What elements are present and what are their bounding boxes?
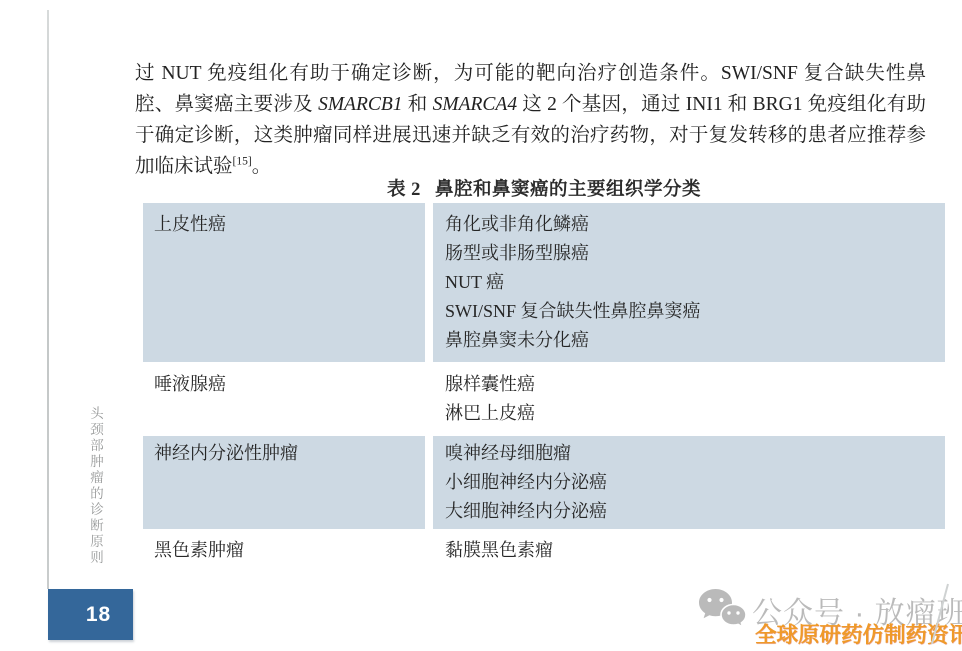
page-number: 18 bbox=[86, 603, 111, 627]
items-cell: 腺样囊性癌 淋巴上皮癌 bbox=[433, 362, 945, 436]
table-row: 神经内分泌性肿瘤 嗅神经母细胞瘤 小细胞神经内分泌癌 大细胞神经内分泌癌 bbox=[143, 436, 945, 529]
category-cell: 唾液腺癌 bbox=[143, 362, 425, 436]
paragraph-text: 和 bbox=[403, 94, 433, 115]
watermark-account-text: 公众号 · 放瘤班 bbox=[752, 588, 962, 632]
category-label: 上皮性癌 bbox=[154, 210, 425, 239]
category-cell: 神经内分泌性肿瘤 bbox=[143, 436, 425, 529]
table-row: 上皮性癌 角化或非角化鳞癌 肠型或非肠型腺癌 NUT 癌 SWI/SNF 复合缺… bbox=[143, 203, 945, 362]
item-line: 小细胞神经内分泌癌 bbox=[445, 468, 945, 497]
item-line: 嗅神经母细胞瘤 bbox=[445, 439, 945, 468]
column-gap bbox=[425, 203, 433, 362]
item-line: 黏膜黑色素瘤 bbox=[445, 536, 945, 565]
item-line: 大细胞神经内分泌癌 bbox=[445, 497, 945, 526]
category-cell: 上皮性癌 bbox=[143, 203, 425, 362]
item-line: SWI/SNF 复合缺失性鼻腔鼻窦癌 bbox=[445, 297, 945, 326]
table-number-label: 表 2 bbox=[387, 180, 421, 200]
table-row: 唾液腺癌 腺样囊性癌 淋巴上皮癌 bbox=[143, 362, 945, 436]
histology-table: 上皮性癌 角化或非角化鳞癌 肠型或非肠型腺癌 NUT 癌 SWI/SNF 复合缺… bbox=[143, 203, 945, 572]
table-title-text: 鼻腔和鼻窦癌的主要组织学分类 bbox=[435, 180, 701, 200]
category-cell: 黑色素肿瘤 bbox=[143, 529, 425, 572]
category-label: 神经内分泌性肿瘤 bbox=[154, 439, 425, 468]
table-caption: 表 2鼻腔和鼻窦癌的主要组织学分类 bbox=[143, 175, 945, 201]
items-cell: 黏膜黑色素瘤 bbox=[433, 529, 945, 572]
item-line: 淋巴上皮癌 bbox=[445, 399, 945, 428]
chapter-vertical-title: 头颈部肿瘤的诊断原则 bbox=[85, 406, 105, 566]
gene-name-smarca4: SMARCA4 bbox=[433, 94, 517, 115]
item-line: 肠型或非肠型腺癌 bbox=[445, 239, 945, 268]
item-line: NUT 癌 bbox=[445, 268, 945, 297]
item-line: 腺样囊性癌 bbox=[445, 370, 945, 399]
items-cell: 角化或非角化鳞癌 肠型或非肠型腺癌 NUT 癌 SWI/SNF 复合缺失性鼻腔鼻… bbox=[433, 203, 945, 362]
body-paragraph: 过 NUT 免疫组化有助于确定诊断，为可能的靶向治疗创造条件。SWI/SNF 复… bbox=[135, 58, 926, 182]
table-row: 黑色素肿瘤 黏膜黑色素瘤 bbox=[143, 529, 945, 572]
items-cell: 嗅神经母细胞瘤 小细胞神经内分泌癌 大细胞神经内分泌癌 bbox=[433, 436, 945, 529]
item-line: 鼻腔鼻窦未分化癌 bbox=[445, 326, 945, 355]
paragraph-text: 。 bbox=[252, 156, 272, 177]
left-margin-rule bbox=[47, 10, 49, 589]
citation-superscript: [15] bbox=[233, 156, 252, 168]
scanned-document-page: { "paragraph": { "s1": "过 NUT 免疫组化有助于确定诊… bbox=[0, 0, 962, 651]
wechat-icon bbox=[697, 587, 747, 636]
column-gap bbox=[425, 529, 433, 572]
gene-name-smarcb1: SMARCB1 bbox=[318, 94, 402, 115]
column-gap bbox=[425, 362, 433, 436]
watermark-org-text: 全球原研药仿制药资讯 bbox=[755, 618, 962, 649]
page-number-box: 18 bbox=[48, 589, 133, 640]
category-label: 黑色素肿瘤 bbox=[154, 536, 425, 565]
column-gap bbox=[425, 436, 433, 529]
item-line: 角化或非角化鳞癌 bbox=[445, 210, 945, 239]
category-label: 唾液腺癌 bbox=[154, 370, 425, 399]
page-curl-line bbox=[931, 584, 949, 644]
